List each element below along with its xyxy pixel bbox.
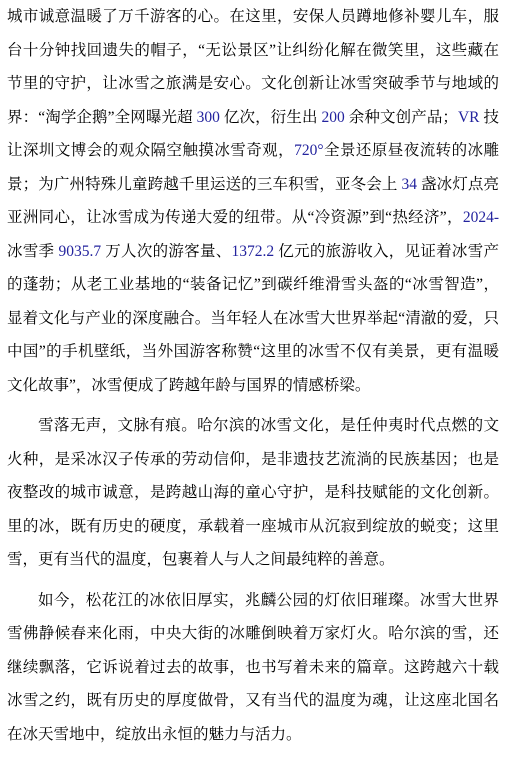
text-line: 界：“淘学企鹅”全网曝光超 300 亿次，衍生出 200 余种文创产品；VR 技… — [7, 101, 499, 135]
text-line: 冰雪之约，既有历史的厚度做骨，又有当代的温度为魂，让这座北国名城 — [7, 684, 499, 718]
text-line: 冰雪季 9035.7 万人次的游客量、1372.2 亿元的旅游收入，见证着冰雪产… — [7, 235, 499, 269]
text-line: 雪，更有当代的温度，包裹着人与人之间最纯粹的善意。 — [7, 543, 499, 577]
document-page: 城市诚意温暖了万千游客的心。在这里，安保人员蹲地修补婴儿车，服务台十分钟找回遗失… — [0, 0, 506, 766]
text-line: 雪佛静候春来化雨，中央大街的冰雕倒映着万家灯火。哈尔滨的雪，还在 — [7, 617, 499, 651]
latin-text: 1372.2 — [232, 243, 275, 260]
latin-text: 200 — [322, 109, 345, 126]
text-line: 亚洲同心，让冰雪成为传递大爱的纽带。从“冷资源”到“热经济”，2024-2025 — [7, 201, 499, 235]
text-line: 夜整改的城市诚意，是跨越山海的童心守护，是科技赋能的文化创新。这 — [7, 476, 499, 510]
text-line: 里的冰，既有历史的硬度，承载着一座城市从沉寂到绽放的蜕变；这里的 — [7, 510, 499, 544]
text-line: 在冰天雪地中，绽放出永恒的魅力与活力。 — [7, 718, 499, 752]
paragraph: 雪落无声，文脉有痕。哈尔滨的冰雪文化，是任仲夷时代点燃的文明火种，是采冰汉子传承… — [7, 409, 499, 577]
text-line: 火种，是采冰汉子传承的劳动信仰，是非遗技艺流淌的民族基因；也是深 — [7, 443, 499, 477]
paragraph: 如今，松花江的冰依旧厚实，兆麟公园的灯依旧璀璨。冰雪大世界的雪佛静候春来化雨，中… — [7, 584, 499, 752]
paragraph: 城市诚意温暖了万千游客的心。在这里，安保人员蹲地修补婴儿车，服务台十分钟找回遗失… — [7, 0, 499, 402]
text-line: 景；为广州特殊儿童跨越千里运送的三车积雪，亚冬会上 34 盏冰灯点亮的 — [7, 168, 499, 202]
text-line: 雪落无声，文脉有痕。哈尔滨的冰雪文化，是任仲夷时代点燃的文明 — [7, 409, 499, 443]
text-line: 显着文化与产业的深度融合。当年轻人在冰雪大世界举起“清澈的爱，只为 — [7, 302, 499, 336]
latin-text: 2024-2025 — [7, 209, 499, 235]
latin-text: 300 — [197, 109, 220, 126]
text-line: 让深圳文博会的观众隔空触摸冰雪奇观，720°全景还原昼夜流转的冰雕盛 — [7, 134, 499, 168]
latin-text: VR — [458, 109, 480, 126]
text-line: 台十分钟找回遗失的帽子，“无讼景区”让纠纷化解在微笑里，这些藏在细 — [7, 34, 499, 68]
text-line: 文化故事”，冰雪便成了跨越年龄与国界的情感桥梁。 — [7, 369, 499, 403]
latin-text: 34 — [402, 176, 418, 193]
text-line: 城市诚意温暖了万千游客的心。在这里，安保人员蹲地修补婴儿车，服务 — [7, 0, 499, 34]
latin-text: 9035.7 — [59, 243, 102, 260]
text-line: 的蓬勃；从老工业基地的“装备记忆”到碳纤维滑雪头盔的“冰雪智造”，彰 — [7, 268, 499, 302]
text-line: 节里的守护，让冰雪之旅满是安心。文化创新让冰雪突破季节与地域的边 — [7, 67, 499, 101]
text-line: 继续飘落，它诉说着过去的故事，也书写着未来的篇章。这跨越六十载的 — [7, 651, 499, 685]
text-line: 如今，松花江的冰依旧厚实，兆麟公园的灯依旧璀璨。冰雪大世界的 — [7, 584, 499, 618]
latin-text: 720° — [294, 142, 323, 159]
text-line: 中国”的手机壁纸，当外国游客称赞“这里的冰雪不仅有美景，更有温暖的 — [7, 335, 499, 369]
